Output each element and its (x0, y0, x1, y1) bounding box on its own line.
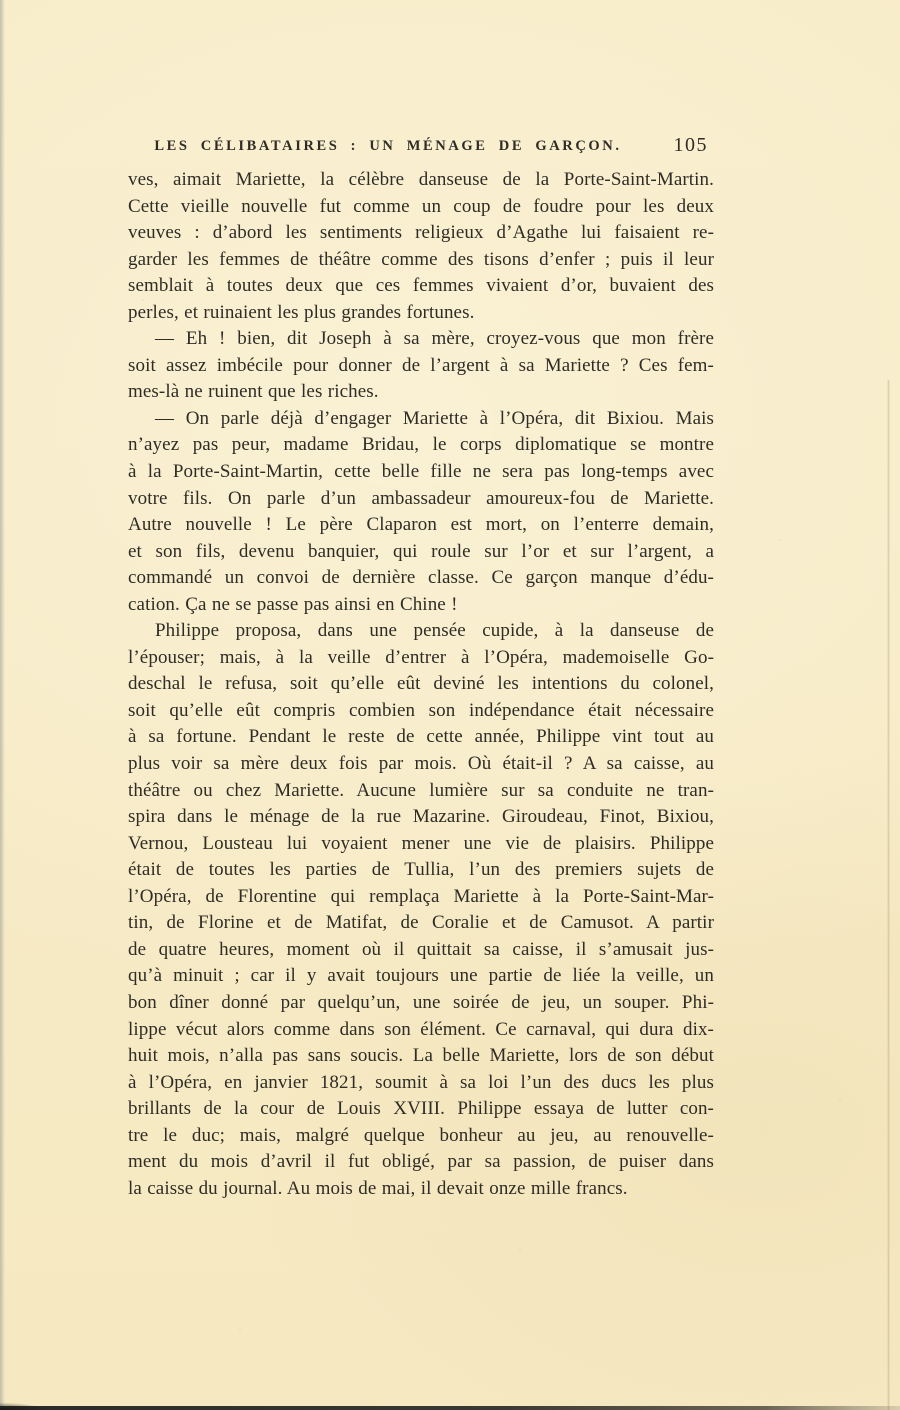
paragraph: Philippe proposa, dans une pensée cupide… (128, 618, 714, 1202)
text-line: lippe vécut alors comme dans son élément… (128, 1017, 714, 1044)
text-line: à sa fortune. Pendant le reste de cette … (128, 724, 714, 751)
text-line: cation. Ça ne se passe pas ainsi en Chin… (128, 592, 714, 619)
text-line: et son fils, devenu banquier, qui roule … (128, 539, 714, 566)
text-line: huit mois, n’alla pas sans soucis. La be… (128, 1043, 714, 1070)
text-line: votre fils. On parle d’un ambassadeur am… (128, 486, 714, 513)
text-line: tin, de Florine et de Matifat, de Corali… (128, 910, 714, 937)
text-line: ment du mois d’avril il fut obligé, par … (128, 1149, 714, 1176)
text-line: Cette vieille nouvelle fut comme un coup… (128, 194, 714, 221)
text-line: était de toutes les parties de Tullia, l… (128, 857, 714, 884)
text-line: la caisse du journal. Au mois de mai, il… (128, 1176, 714, 1203)
scan-corner-shadow (0, 1401, 70, 1410)
text-block: ves, aimait Mariette, la célèbre danseus… (128, 167, 714, 1202)
page-number: 105 (674, 134, 709, 157)
text-line: spira dans le ménage de la rue Mazarine.… (128, 804, 714, 831)
text-line: bon dîner donné par quelqu’un, une soiré… (128, 990, 714, 1017)
running-title: LES CÉLIBATAIRES : UN MÉNAGE DE GARÇON. (128, 138, 648, 155)
text-line: Philippe proposa, dans une pensée cupide… (128, 618, 714, 645)
scan-edge-left (0, 0, 5, 1410)
paragraph: — On parle déjà d’engager Mariette à l’O… (128, 406, 714, 618)
paragraph: ves, aimait Mariette, la célèbre danseus… (128, 167, 714, 326)
text-line: théâtre ou chez Mariette. Aucune lumière… (128, 778, 714, 805)
text-line: à l’Opéra, en janvier 1821, soumit à sa … (128, 1070, 714, 1097)
text-line: tre le duc; mais, malgré quelque bonheur… (128, 1123, 714, 1150)
text-line: l’épouser; mais, à la veille d’entrer à … (128, 645, 714, 672)
text-line: plus voir sa mère deux fois par mois. Où… (128, 751, 714, 778)
text-line: brillants de la cour de Louis XVIII. Phi… (128, 1096, 714, 1123)
book-page: LES CÉLIBATAIRES : UN MÉNAGE DE GARÇON. … (0, 0, 900, 1410)
page-header: LES CÉLIBATAIRES : UN MÉNAGE DE GARÇON. … (128, 138, 714, 164)
text-line: garder les femmes de théâtre comme des t… (128, 247, 714, 274)
text-line: veuves : d’abord les sentiments religieu… (128, 220, 714, 247)
scan-edge-bottom (0, 1406, 900, 1410)
text-line: mes-là ne ruinent que les riches. (128, 379, 714, 406)
text-line: n’ayez pas peur, madame Bridau, le corps… (128, 432, 714, 459)
text-line: à la Porte-Saint-Martin, cette belle fil… (128, 459, 714, 486)
text-line: commandé un convoi de dernière classe. C… (128, 565, 714, 592)
text-line: perles, et ruinaient les plus grandes fo… (128, 300, 714, 327)
text-line: soit assez imbécile pour donner de l’arg… (128, 353, 714, 380)
text-line: soit qu’elle eût compris combien son ind… (128, 698, 714, 725)
text-line: Autre nouvelle ! Le père Claparon est mo… (128, 512, 714, 539)
text-line: ves, aimait Mariette, la célèbre danseus… (128, 167, 714, 194)
paragraph: — Eh ! bien, dit Joseph à sa mère, croye… (128, 326, 714, 406)
text-line: deschal le refusa, soit qu’elle eût devi… (128, 671, 714, 698)
text-line: de quatre heures, moment où il quittait … (128, 937, 714, 964)
text-line: — Eh ! bien, dit Joseph à sa mère, croye… (128, 326, 714, 353)
text-line: — On parle déjà d’engager Mariette à l’O… (128, 406, 714, 433)
text-line: Vernou, Lousteau lui voyaient mener une … (128, 831, 714, 858)
text-line: qu’à minuit ; car il y avait toujours un… (128, 963, 714, 990)
text-line: semblait à toutes deux que ces femmes vi… (128, 273, 714, 300)
page-edge-shadow (887, 380, 890, 1410)
text-line: l’Opéra, de Florentine qui remplaça Mari… (128, 884, 714, 911)
